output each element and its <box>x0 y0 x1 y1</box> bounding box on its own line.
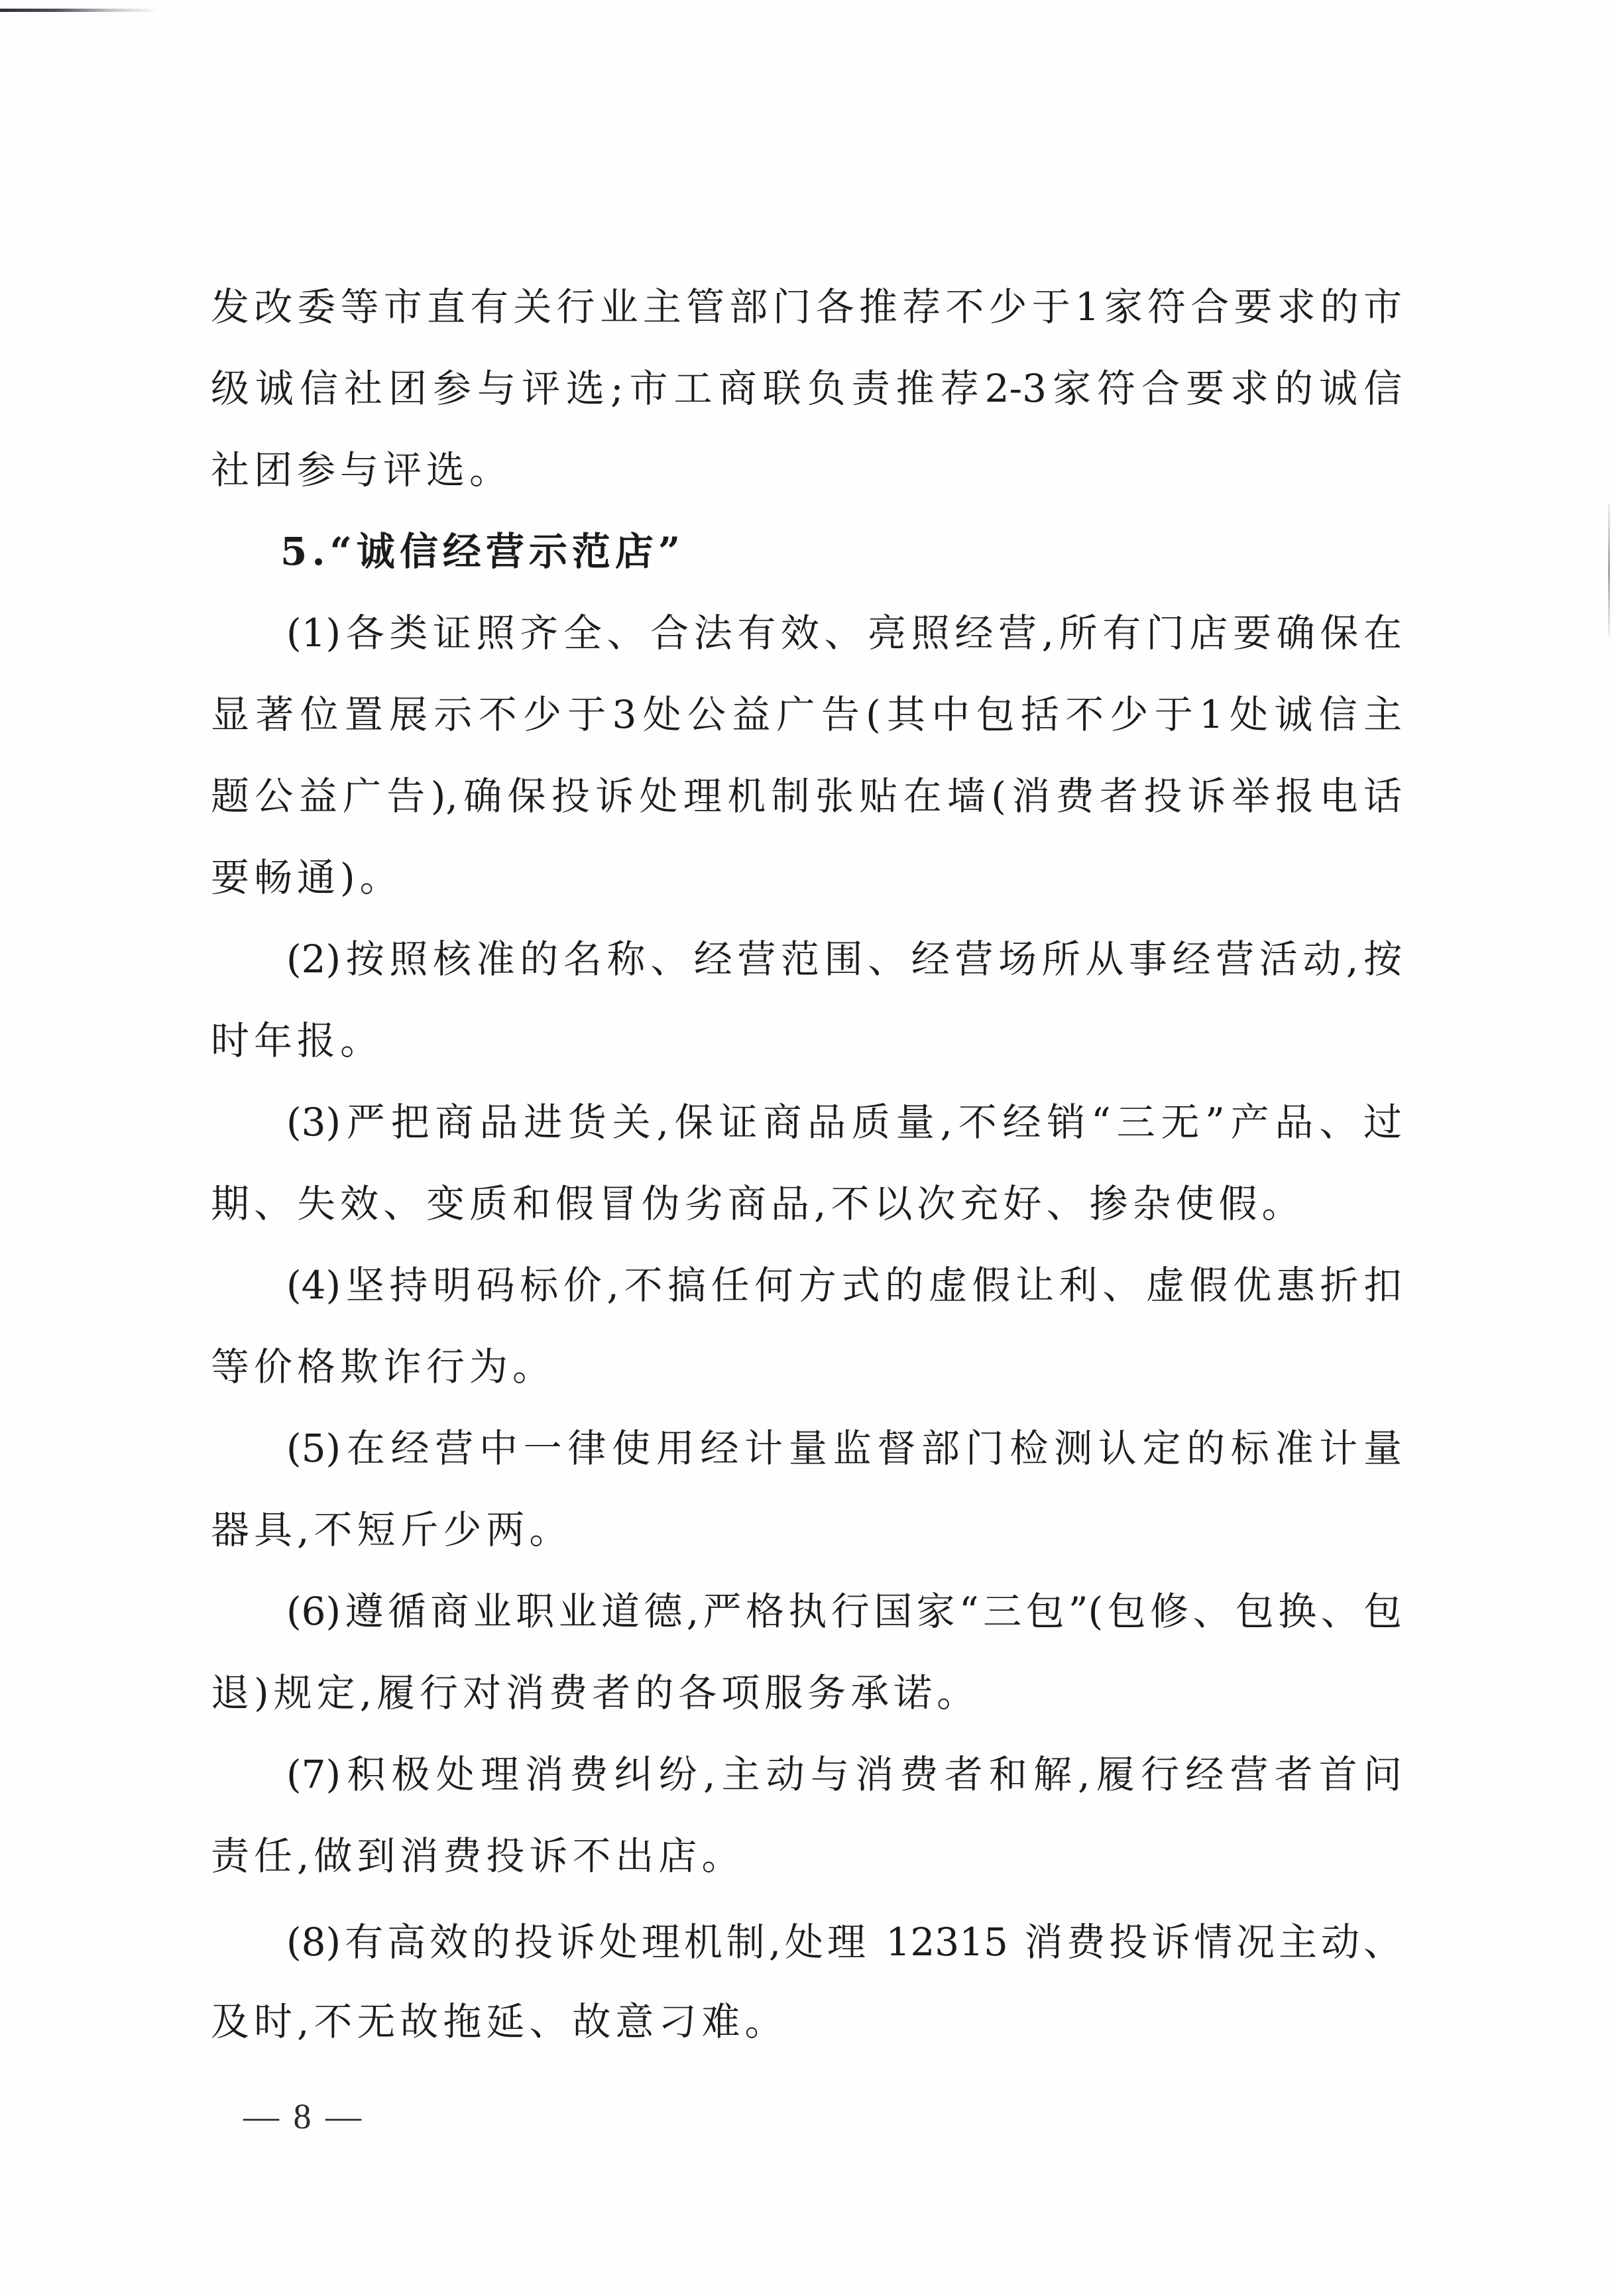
scan-artifact-line <box>0 9 159 12</box>
text-line: 显著位置展示不少于3处公益广告(其中包括不少于1处诚信主 <box>211 691 1402 738</box>
text-line: 题公益广告),确保投诉处理机制张贴在墙(消费者投诉举报电话 <box>211 773 1402 819</box>
text-line: 要畅通)。 <box>211 854 1402 901</box>
list-item-start: (2)按照核准的名称、经营范围、经营场所从事经营活动,按 <box>286 936 1402 982</box>
text-line: 发改委等市直有关行业主管部门各推荐不少于1家符合要求的市 <box>211 284 1402 330</box>
text-line: 社团参与评选。 <box>211 447 1402 493</box>
text-line: 及时,不无故拖延、故意刁难。 <box>211 1998 1402 2045</box>
list-item-start: (3)严把商品进货关,保证商品质量,不经销“三无”产品、过 <box>286 1099 1402 1145</box>
text-line: 时年报。 <box>211 1017 1402 1064</box>
text-line: 等价格欺诈行为。 <box>211 1344 1402 1390</box>
document-page: 发改委等市直有关行业主管部门各推荐不少于1家符合要求的市 级诚信社团参与评选;市… <box>0 0 1612 2296</box>
text-line: 责任,做到消费投诉不出店。 <box>211 1833 1402 1879</box>
scan-artifact-edge <box>1608 504 1610 636</box>
list-item-start: (4)坚持明码标价,不搞任何方式的虚假让利、虚假优惠折扣 <box>286 1262 1402 1308</box>
section-heading: 5.“诚信经营示范店” <box>280 528 1471 575</box>
list-item-start: (5)在经营中一律使用经计量监督部门检测认定的标准计量 <box>286 1425 1402 1471</box>
list-item-start: (8)有高效的投诉处理机制,处理 12315 消费投诉情况主动、 <box>286 1919 1402 1965</box>
text-line: 退)规定,履行对消费者的各项服务承诺。 <box>211 1670 1402 1716</box>
page-number: — 8 — <box>243 2095 364 2138</box>
list-item-start: (1)各类证照齐全、合法有效、亮照经营,所有门店要确保在 <box>286 610 1402 656</box>
text-line: 期、失效、变质和假冒伪劣商品,不以次充好、掺杂使假。 <box>211 1180 1402 1227</box>
list-item-start: (7)积极处理消费纠纷,主动与消费者和解,履行经营者首问 <box>286 1751 1402 1798</box>
text-line: 器具,不短斤少两。 <box>211 1507 1402 1553</box>
text-line: 级诚信社团参与评选;市工商联负责推荐2-3家符合要求的诚信 <box>211 365 1402 412</box>
list-item-start: (6)遵循商业职业道德,严格执行国家“三包”(包修、包换、包 <box>286 1588 1402 1635</box>
